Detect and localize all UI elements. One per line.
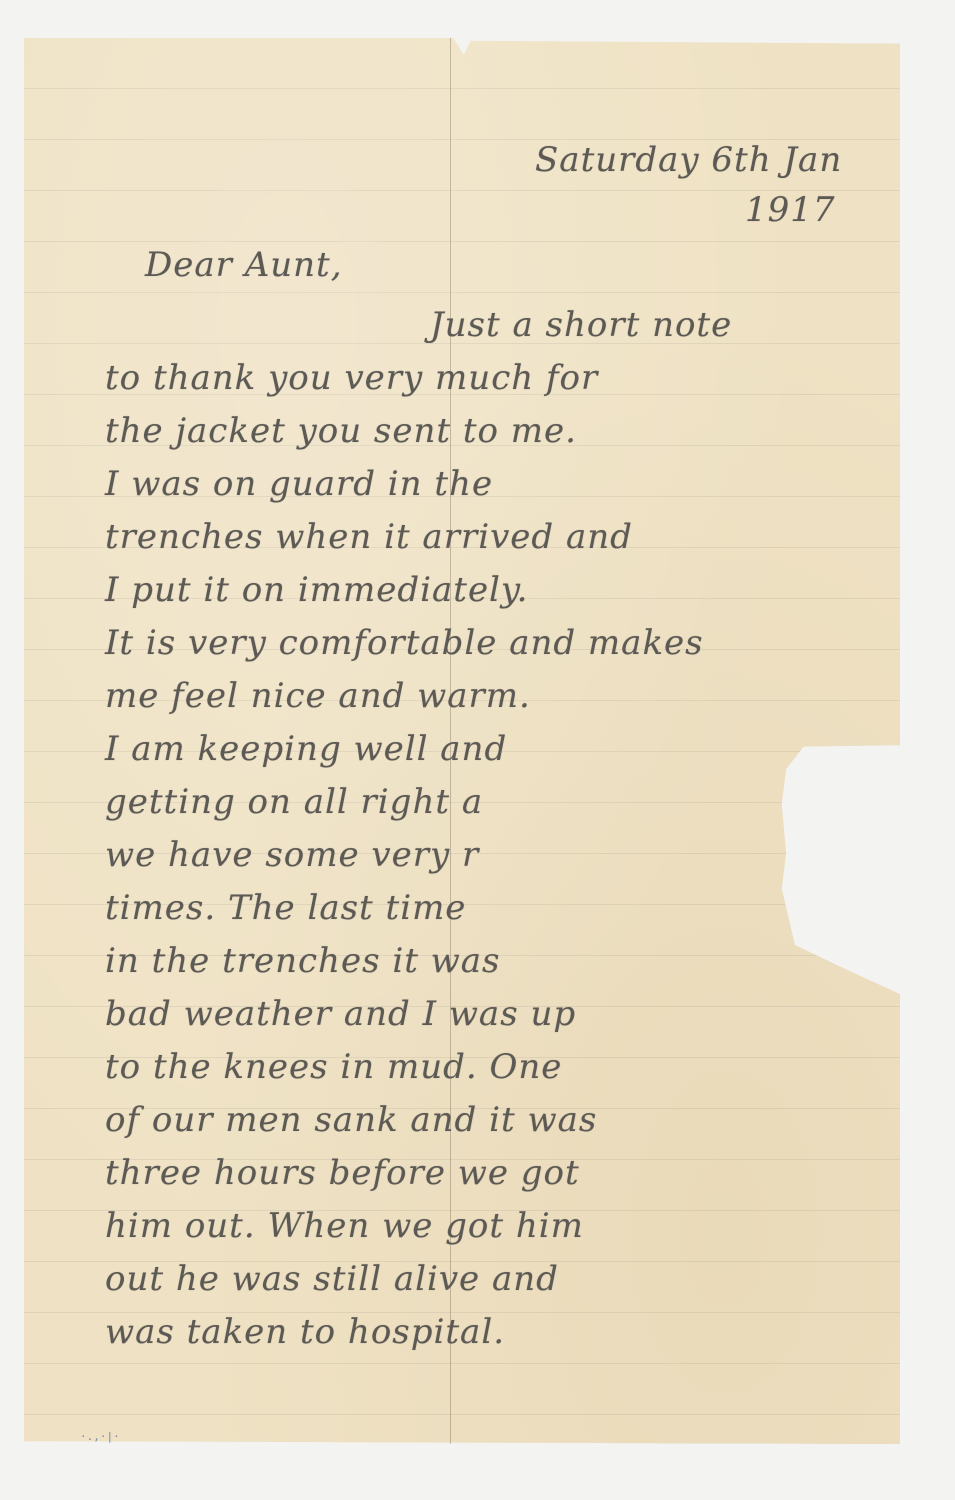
body-line: three hours before we got bbox=[105, 1153, 580, 1193]
body-line: out he was still alive and bbox=[105, 1259, 559, 1299]
body-line: getting on all right a bbox=[105, 782, 483, 822]
body-line: the jacket you sent to me. bbox=[105, 411, 577, 451]
body-line: to the knees in mud. One bbox=[105, 1047, 562, 1087]
body-line: I put it on immediately. bbox=[105, 570, 528, 610]
stray-pencil-mark: ·.,·|· bbox=[80, 1430, 120, 1443]
body-line: in the trenches it was bbox=[105, 941, 501, 981]
date-line: Saturday 6th Jan bbox=[535, 140, 842, 180]
body-line: of our men sank and it was bbox=[105, 1100, 597, 1140]
body-line: It is very comfortable and makes bbox=[105, 623, 704, 663]
body-line: trenches when it arrived and bbox=[105, 517, 633, 557]
body-line: bad weather and I was up bbox=[105, 994, 576, 1034]
body-line: was taken to hospital. bbox=[105, 1312, 505, 1352]
body-line: me feel nice and warm. bbox=[105, 676, 531, 716]
body-line: I was on guard in the bbox=[105, 464, 493, 504]
body-line: I am keeping well and bbox=[105, 729, 507, 769]
body-line: Just a short note bbox=[430, 305, 732, 345]
body-line: we have some very r bbox=[105, 835, 479, 875]
date-year: 1917 bbox=[745, 190, 836, 230]
body-line: him out. When we got him bbox=[105, 1206, 584, 1246]
body-line: times. The last time bbox=[105, 888, 466, 928]
salutation: Dear Aunt, bbox=[145, 245, 343, 285]
body-line: to thank you very much for bbox=[105, 358, 598, 398]
